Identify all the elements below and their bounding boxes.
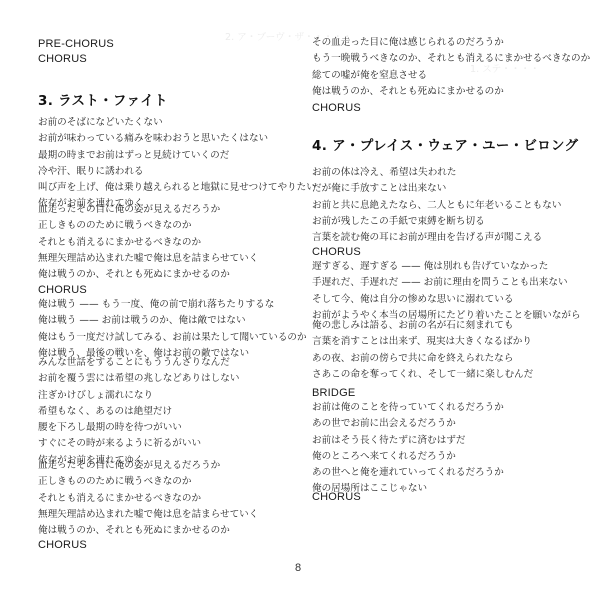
lyric-line: 俺は戦うのか、それとも死ぬにまかせるのか bbox=[312, 84, 590, 100]
verse-1: お前の体は冷え、希望は失われた だが俺に手放すことは出来ない お前と共に息絶えた… bbox=[312, 165, 561, 246]
chorus: 遅すぎる、遅すぎる —— 俺は別れも告げていなかった 手遅れだ、手遅れだ —— … bbox=[312, 259, 581, 324]
lyric-line: 俺のところへ来てくれるだろうか bbox=[312, 449, 504, 465]
lyric-line: お前を覆う雲には希望の兆しなどありはしない bbox=[38, 371, 239, 387]
lyric-line: みんな世話をすることにもううんざりなんだ bbox=[38, 355, 239, 371]
lyric-line: 俺はもう一度だけ試してみる、お前は果たして聞いているのか bbox=[38, 330, 307, 346]
section-label-prechorus: PRE-CHORUS bbox=[38, 37, 114, 52]
lyric-line: 遅すぎる、遅すぎる —— 俺は別れも告げていなかった bbox=[312, 259, 581, 275]
lyric-line: 血走ったその目に俺の姿が見えるだろうか bbox=[38, 202, 258, 218]
lyric-line: 正しきもののために戦うべきなのか bbox=[38, 474, 258, 490]
lyric-line: お前の体は冷え、希望は失われた bbox=[312, 165, 561, 181]
lyric-line: 言葉を消すことは出来ず、現実は大きくなるばかり bbox=[312, 334, 533, 350]
bridge: お前は俺のことを待っていてくれるだろうか あの世でお前に出会えるだろうか お前は… bbox=[312, 400, 504, 498]
lyric-line: 俺は戦う —— お前は戦うのか、俺は敵ではない bbox=[38, 313, 307, 329]
lyric-line: その血走った目に俺は感じられるのだろうか bbox=[312, 35, 590, 51]
lyric-line: お前はそう長く待たずに済むはずだ bbox=[312, 433, 504, 449]
lyric-line: お前が味わっている痛みを味わおうと思いたくはない bbox=[38, 131, 316, 147]
lyric-line: すぐにその時が来るように祈るがいい bbox=[38, 436, 239, 452]
lyric-line: 無理矢理詰め込まれた嘘で俺は息を詰まらせていく bbox=[38, 251, 258, 267]
lyric-line: 血走ったその目に俺の姿が見えるだろうか bbox=[38, 458, 258, 474]
lyric-line: 俺は戦う —— もう一度、俺の前で崩れ落ちたりするな bbox=[38, 297, 307, 313]
lyric-line: だが俺に手放すことは出来ない bbox=[312, 181, 561, 197]
lyric-line: お前と共に息絶えたなら、二人ともに年老いることもない bbox=[312, 198, 561, 214]
section-label-bridge: BRIDGE bbox=[312, 386, 355, 401]
lyric-line: もう一晩戦うべきなのか、それとも消えるにまかせるべきなのか bbox=[312, 51, 590, 67]
verse-1: お前のそばになどいたくない お前が味わっている痛みを味わおうと思いたくはない 最… bbox=[38, 115, 316, 213]
lyric-line: あの夜、お前の傍らで共に命を終えられたなら bbox=[312, 351, 533, 367]
lyric-line: 希望もなく、あるのは絶望だけ bbox=[38, 404, 239, 420]
verse-2: みんな世話をすることにもううんざりなんだ お前を覆う雲には希望の兆しなどありはし… bbox=[38, 355, 239, 469]
section-label-chorus: CHORUS bbox=[312, 490, 361, 505]
continued-lyrics: その血走った目に俺は感じられるのだろうか もう一晩戦うべきなのか、それとも消える… bbox=[312, 35, 590, 100]
lyric-line: 叫び声を上げ、俺は乗り越えられると地獄に見せつけてやりたい bbox=[38, 180, 316, 196]
lyric-line: 手遅れだ、手遅れだ —— お前に理由を問うことも出来ない bbox=[312, 275, 581, 291]
lyric-line: 総ての嘘が俺を窒息させる bbox=[312, 68, 590, 84]
lyric-line: それとも消えるにまかせるべきなのか bbox=[38, 235, 258, 251]
section-label-chorus: CHORUS bbox=[38, 283, 87, 298]
pre-chorus-1: 血走ったその目に俺の姿が見えるだろうか 正しきもののために戦うべきなのか それと… bbox=[38, 202, 258, 283]
lyric-line: 無理矢理詰め込まれた嘘で俺は息を詰まらせていく bbox=[38, 507, 258, 523]
song-title-3: 3. ラスト・ファイト bbox=[38, 92, 168, 110]
lyric-line: 腰を下ろし最期の時を待つがいい bbox=[38, 420, 239, 436]
verse-2: 俺の悲しみは語る、お前の名が石に刻まれても 言葉を消すことは出来ず、現実は大きく… bbox=[312, 318, 533, 383]
lyric-line: お前のそばになどいたくない bbox=[38, 115, 316, 131]
lyric-line: あの世でお前に出会えるだろうか bbox=[312, 416, 504, 432]
section-label-chorus: CHORUS bbox=[312, 245, 361, 260]
lyric-line: 最期の時までお前はずっと見続けていくのだ bbox=[38, 148, 316, 164]
lyric-line: そして今、俺は自分の惨めな思いに溺れている bbox=[312, 292, 581, 308]
section-label-chorus: CHORUS bbox=[38, 52, 87, 67]
pre-chorus-2: 血走ったその目に俺の姿が見えるだろうか 正しきもののために戦うべきなのか それと… bbox=[38, 458, 258, 539]
song-title-4: 4. ア・プレイス・ウェア・ユー・ビロング bbox=[312, 137, 578, 155]
lyric-line: 俺は戦うのか、それとも死ぬにまかせるのか bbox=[38, 267, 258, 283]
lyric-line: あの世へと俺を連れていってくれるだろうか bbox=[312, 465, 504, 481]
lyric-line: それとも消えるにまかせるべきなのか bbox=[38, 491, 258, 507]
lyric-line: さあこの命を奪ってくれ、そして一緒に楽しむんだ bbox=[312, 367, 533, 383]
lyric-line: お前は俺のことを待っていてくれるだろうか bbox=[312, 400, 504, 416]
page-number: 8 bbox=[295, 562, 301, 574]
lyric-line: 俺の悲しみは語る、お前の名が石に刻まれても bbox=[312, 318, 533, 334]
chorus: 俺は戦う —— もう一度、俺の前で崩れ落ちたりするな 俺は戦う —— お前は戦う… bbox=[38, 297, 307, 362]
lyric-line: 注ぎかけびしょ濡れになり bbox=[38, 388, 239, 404]
lyric-line: お前が残したこの手紙で束縛を断ち切る bbox=[312, 214, 561, 230]
lyric-line: 冷や汗、眠りに誘われる bbox=[38, 164, 316, 180]
lyric-line: 正しきもののために戦うべきなのか bbox=[38, 218, 258, 234]
section-label-chorus: CHORUS bbox=[312, 101, 361, 116]
section-label-chorus: CHORUS bbox=[38, 538, 87, 553]
